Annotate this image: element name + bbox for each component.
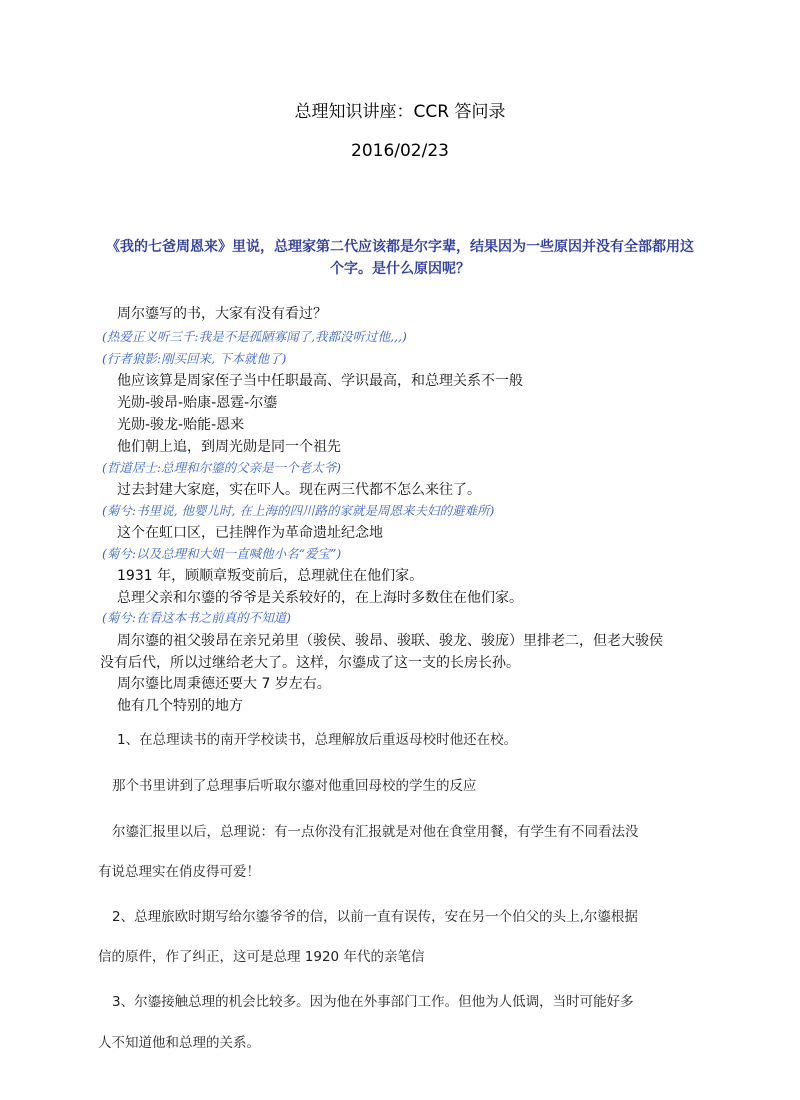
- text-line: 他们朝上追，到周光勋是同一个祖先: [117, 436, 341, 456]
- comment-line: (菊兮:书里说, 他婴儿时, 在上海的四川路的家就是周恩来夫妇的避难所): [102, 501, 494, 519]
- text-line: 尔鎏汇报里以后，总理说：有一点你没有汇报就是对他在食堂用餐，有学生有不同看法没: [112, 820, 639, 840]
- text-line: 过去封建大家庭，实在吓人。现在两三代都不怎么来往了。: [117, 479, 481, 499]
- question-heading: 《我的七爸周恩来》里说，总理家第二代应该都是尔字辈，结果因为一些原因并没有全部都…: [100, 236, 700, 280]
- text-line: 总理父亲和尔鎏的爷爷是关系较好的，在上海时多数住在他们家。: [117, 587, 523, 607]
- text-line: 人不知道他和总理的关系。: [98, 1031, 260, 1051]
- text-line: 周尔鎏的祖父骏昂在亲兄弟里（骏侯、骏昂、骏联、骏龙、骏庞）里排老二，但老大骏侯: [117, 630, 663, 650]
- text-line: 有说总理实在俏皮得可爱！: [98, 860, 260, 880]
- text-line: 2、总理旅欧时期写给尔鎏爷爷的信，以前一直有误传，安在另一个伯父的头上,尔鎏根据: [112, 905, 638, 925]
- text-line: 他有几个特别的地方: [117, 695, 243, 715]
- text-line: 那个书里讲到了总理事后听取尔鎏对他重回母校的学生的反应: [112, 774, 477, 794]
- text-line: 这个在虹口区，已挂牌作为革命遗址纪念地: [117, 522, 383, 542]
- comment-line: (哲道居士:总理和尔鎏的父亲是一个老太爷): [102, 458, 341, 476]
- text-line: 他应该算是周家侄子当中任职最高、学识最高，和总理关系不一般: [117, 370, 523, 390]
- text-line: 周尔鎏写的书，大家有没有看过？: [117, 303, 327, 323]
- document-title: 总理知识讲座：CCR 答问录: [0, 97, 800, 122]
- text-line: 光勋-骏龙-贻能-恩来: [117, 414, 244, 434]
- text-line: 周尔鎏比周秉德还要大 7 岁左右。: [117, 673, 331, 693]
- comment-line: (热爱正义听三千:我是不是孤陋寡闻了,我都没听过他,,,): [102, 327, 407, 345]
- text-line: 信的原件，作了纠正，这可是总理 1920 年代的亲笔信: [98, 945, 424, 965]
- text-line: 光勋-骏昂-贻康-恩霆-尔鎏: [117, 392, 277, 412]
- document-page: 总理知识讲座：CCR 答问录 2016/02/23 《我的七爸周恩来》里说，总理…: [0, 0, 800, 1100]
- comment-line: (菊兮:以及总理和大姐一直喊他小名“爱宝”): [102, 544, 341, 562]
- text-line: 没有后代，所以过继给老大了。这样，尔鎏成了这一支的长房长孙。: [100, 652, 520, 672]
- comment-line: (行者狼影:刚买回来, 下本就他了): [102, 349, 286, 367]
- text-line: 1931 年，顾顺章叛变前后，总理就住在他们家。: [117, 565, 423, 585]
- text-line: 3、尔鎏接触总理的机会比较多。因为他在外事部门工作。但他为人低调，当时可能好多: [112, 990, 634, 1010]
- comment-line: (菊兮:在看这本书之前真的不知道): [102, 608, 291, 626]
- document-date: 2016/02/23: [0, 141, 800, 161]
- text-line: 1、在总理读书的南开学校读书，总理解放后重返母校时他还在校。: [117, 728, 517, 748]
